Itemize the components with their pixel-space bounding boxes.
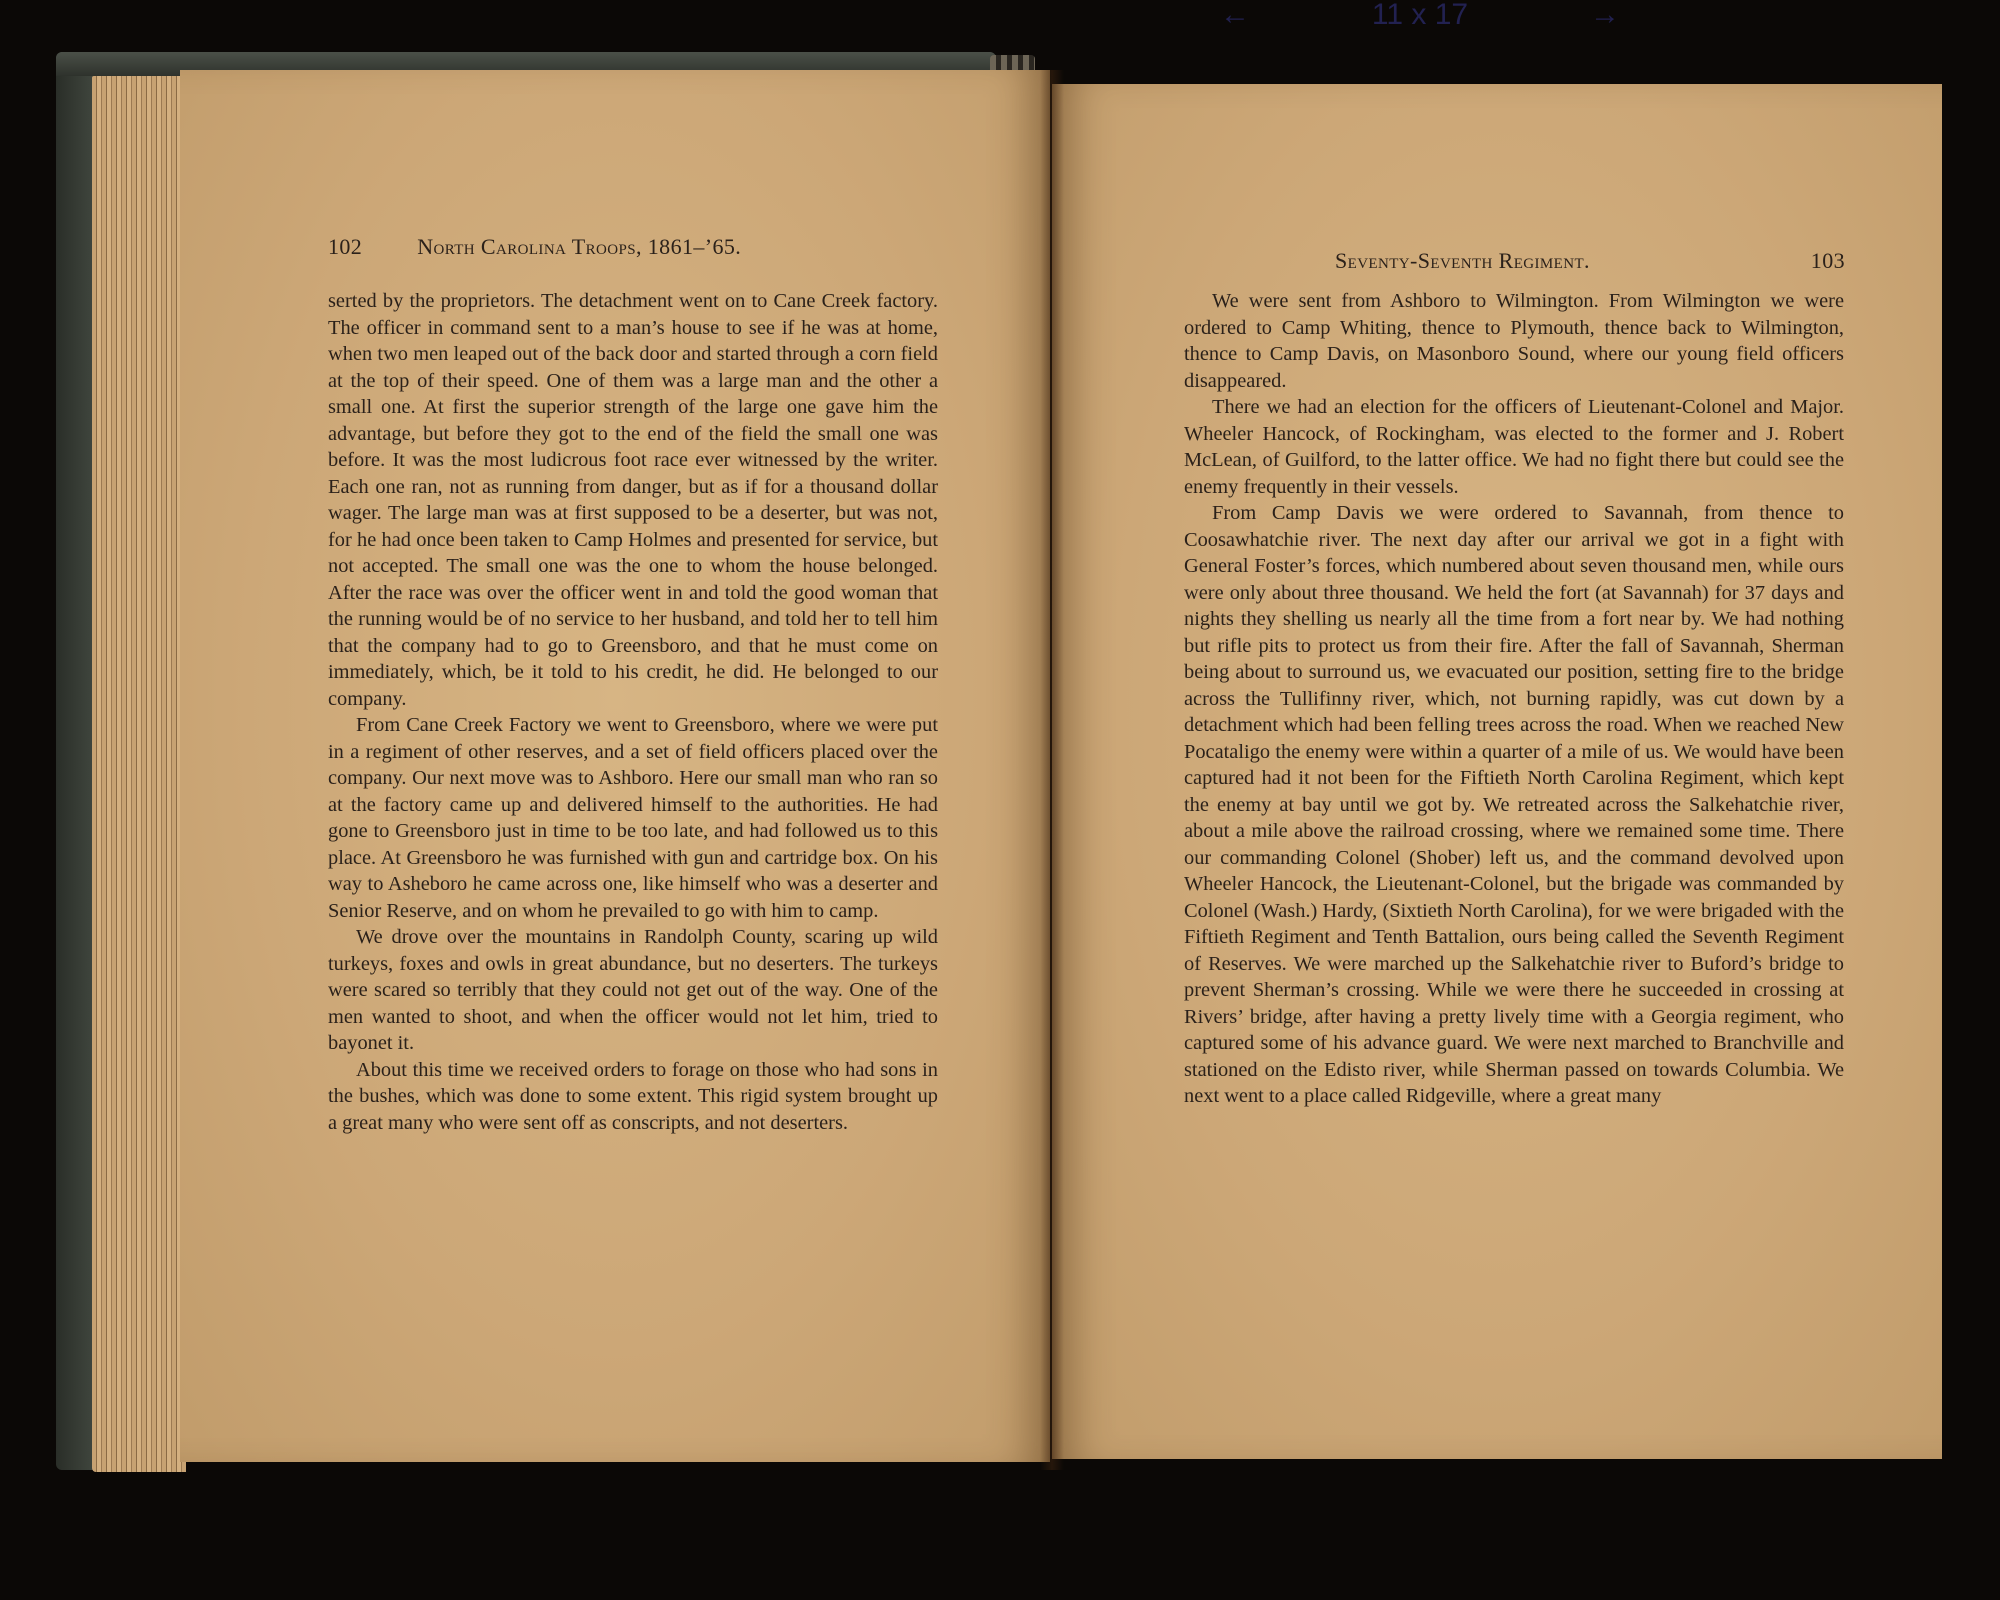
left-running-head: 102 North Carolina Troops, 1861–’65. <box>328 234 938 260</box>
right-arrow-icon: → <box>1590 0 1620 32</box>
scan-size-marking: ← 11 x 17 → <box>1220 0 1620 30</box>
right-running-head: Seventy-Seventh Regiment. 103 <box>1335 248 1845 274</box>
page-number: 103 <box>1811 248 1845 274</box>
left-body-text: serted by the proprietors. The detachmen… <box>328 288 938 1136</box>
running-head-title: Seventy-Seventh Regiment. <box>1335 248 1590 274</box>
scan-size-label: 11 x 17 <box>1372 0 1468 32</box>
paragraph: From Cane Creek Factory we went to Green… <box>328 712 938 924</box>
right-page: Seventy-Seventh Regiment. 103 We were se… <box>1052 84 1942 1459</box>
left-arrow-icon: ← <box>1220 0 1250 32</box>
page-number: 102 <box>328 234 362 260</box>
paragraph: From Camp Davis we were ordered to Savan… <box>1184 500 1844 1110</box>
right-body-text: We were sent from Ashboro to Wilmington.… <box>1184 288 1844 1110</box>
running-head-title: North Carolina Troops, 1861–’65. <box>417 234 741 260</box>
paragraph: About this time we received orders to fo… <box>328 1057 938 1137</box>
paragraph: We drove over the mountains in Randolph … <box>328 924 938 1057</box>
book-gutter <box>1040 70 1064 1470</box>
page-edges-stack <box>92 76 186 1472</box>
paragraph: serted by the proprietors. The detachmen… <box>328 288 938 712</box>
paragraph: There we had an election for the officer… <box>1184 394 1844 500</box>
left-page: 102 North Carolina Troops, 1861–’65. ser… <box>180 70 1050 1462</box>
paragraph: We were sent from Ashboro to Wilmington.… <box>1184 288 1844 394</box>
